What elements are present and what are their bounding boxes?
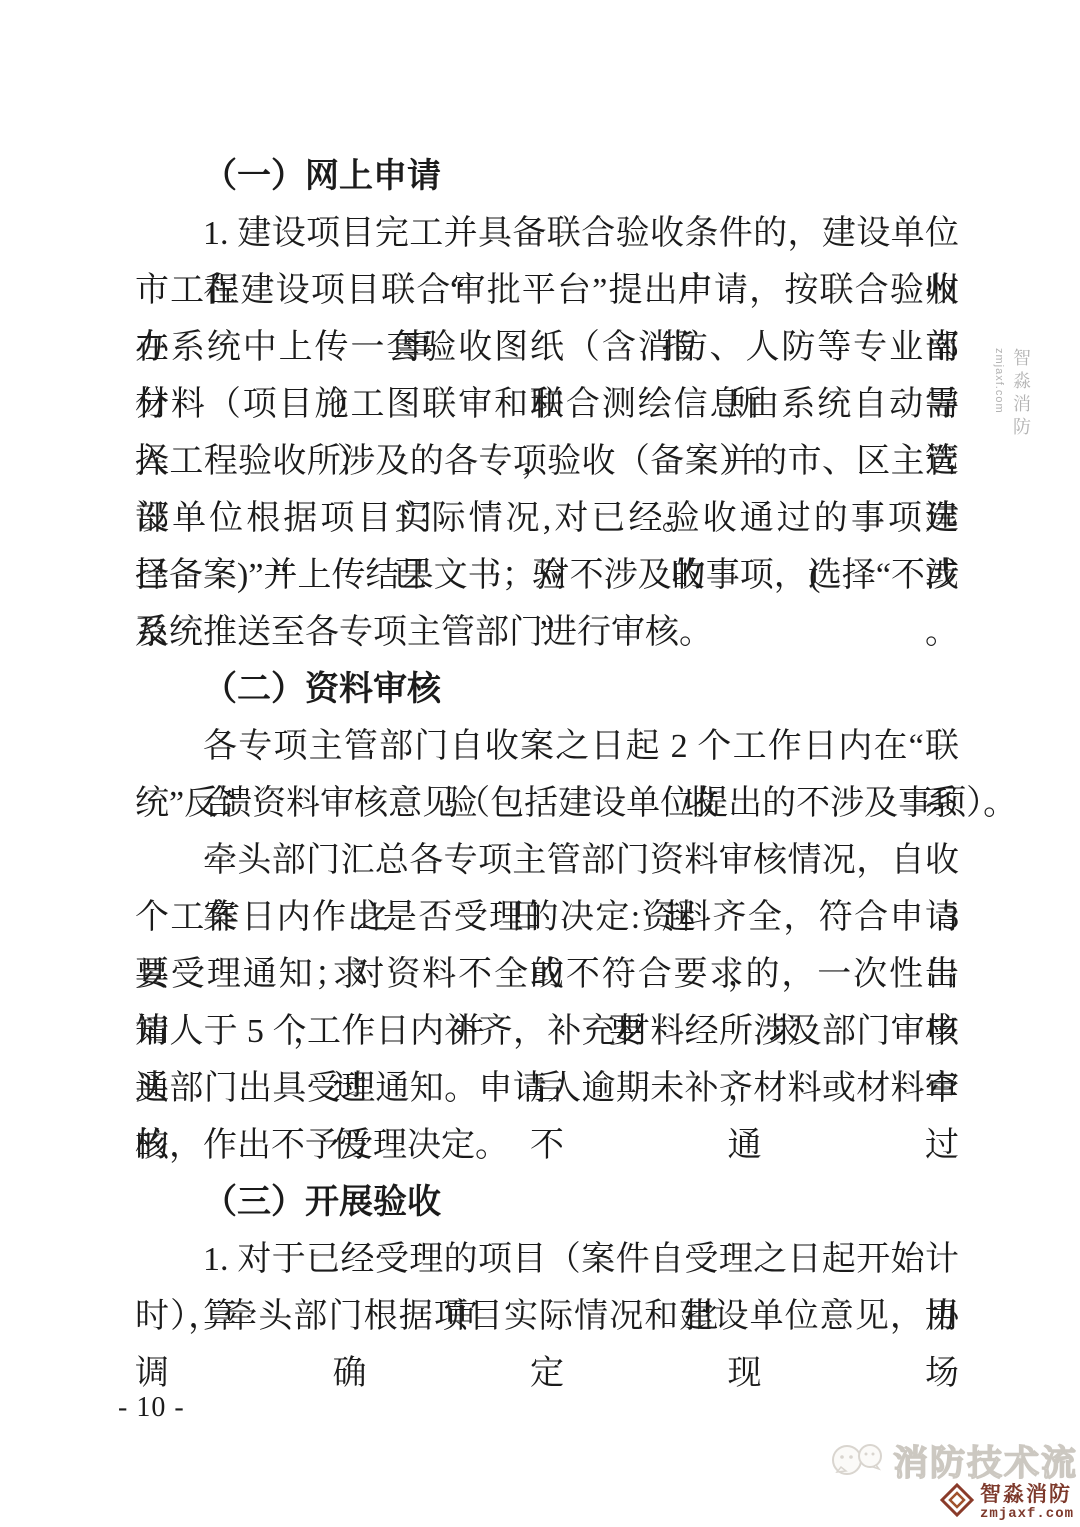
corner-watermark-row2: 智淼消防 zmjaxf.com (846, 1482, 1078, 1523)
document-line: 头部门出具受理通知。申请人逾期未补齐材料或材料审核仍不通过 (135, 1060, 959, 1117)
chat-bubbles-icon (827, 1438, 889, 1485)
side-watermark-url: zmjaxf.com (993, 348, 1005, 440)
section-heading: （二）资料审核 (135, 661, 959, 718)
document-line: 1. 建设项目完工并具备联合验收条件的，建设单位在“广州 (135, 205, 959, 262)
document-line: 1. 对于已经受理的项目（案件自受理之日起开始计算审批用 (135, 1231, 959, 1288)
corner-watermark-brand-block: 智淼消防 zmjaxf.com (980, 1484, 1074, 1521)
corner-watermark-row1: 消防技术流 (846, 1436, 1078, 1486)
document-line: 牵头部门汇总各专项主管部门资料审核情况，自收案之日起 3 (135, 832, 959, 889)
document-line: 材料（项目施工图联审和联合测绘信息由系统自动导入），并选 (135, 376, 959, 433)
page-number: - 10 - (118, 1392, 185, 1424)
corner-watermark-url: zmjaxf.com (980, 1507, 1074, 1521)
document-page: （一）网上申请1. 建设项目完工并具备联合验收条件的，建设单位在“广州市工程建设… (0, 0, 1080, 1527)
corner-watermark: 消防技术流 智淼消防 zmjaxf.com (846, 1436, 1078, 1523)
corner-watermark-brand: 智淼消防 (980, 1484, 1072, 1505)
side-watermark-brand: 智淼消防 (1008, 348, 1034, 440)
corner-watermark-outline-text: 消防技术流 (893, 1436, 1078, 1486)
side-watermark: 智淼消防 zmjaxf.com (993, 348, 1034, 440)
document-line: 具受理通知；对资料不全或不符合要求的，一次性告知，并要求申 (135, 946, 959, 1003)
document-text-block: （一）网上申请1. 建设项目完工并具备联合验收条件的，建设单位在“广州市工程建设… (135, 148, 959, 1345)
document-line: 设单位根据项目实际情况,对已经验收通过的事项选择“已验收(或 (135, 490, 959, 547)
document-line: 在系统中上传一套验收图纸（含消防、人防等专业部分）和所需 (135, 319, 959, 376)
diamond-logo-icon (939, 1482, 975, 1523)
document-line: 请人于 5 个工作日内补齐，补充材料经所涉及部门审核通过后，牵 (135, 1003, 959, 1060)
document-line: 时），牵头部门根据项目实际情况和建设单位意见，协调确定现场 (135, 1288, 959, 1345)
document-line: 统”反馈资料审核意见（包括建设单位提出的不涉及事项）。 (135, 775, 959, 832)
document-line: 个工作日内作出是否受理的决定:资料齐全，符合申请要求的，出 (135, 889, 959, 946)
document-line: 择工程验收所涉及的各专项验收（备案）的市、区主管部门。建 (135, 433, 959, 490)
section-heading: （三）开展验收 (135, 1174, 959, 1231)
section-heading: （一）网上申请 (135, 148, 959, 205)
document-line: 已备案)”并上传结果文书；对不涉及的事项，选择“不涉及”。 (135, 547, 959, 604)
document-line: 各专项主管部门自收案之日起 2 个工作日内在“联合验收系 (135, 718, 959, 775)
document-line: 市工程建设项目联合审批平台”提出申请，按联合验收办事指南 (135, 262, 959, 319)
